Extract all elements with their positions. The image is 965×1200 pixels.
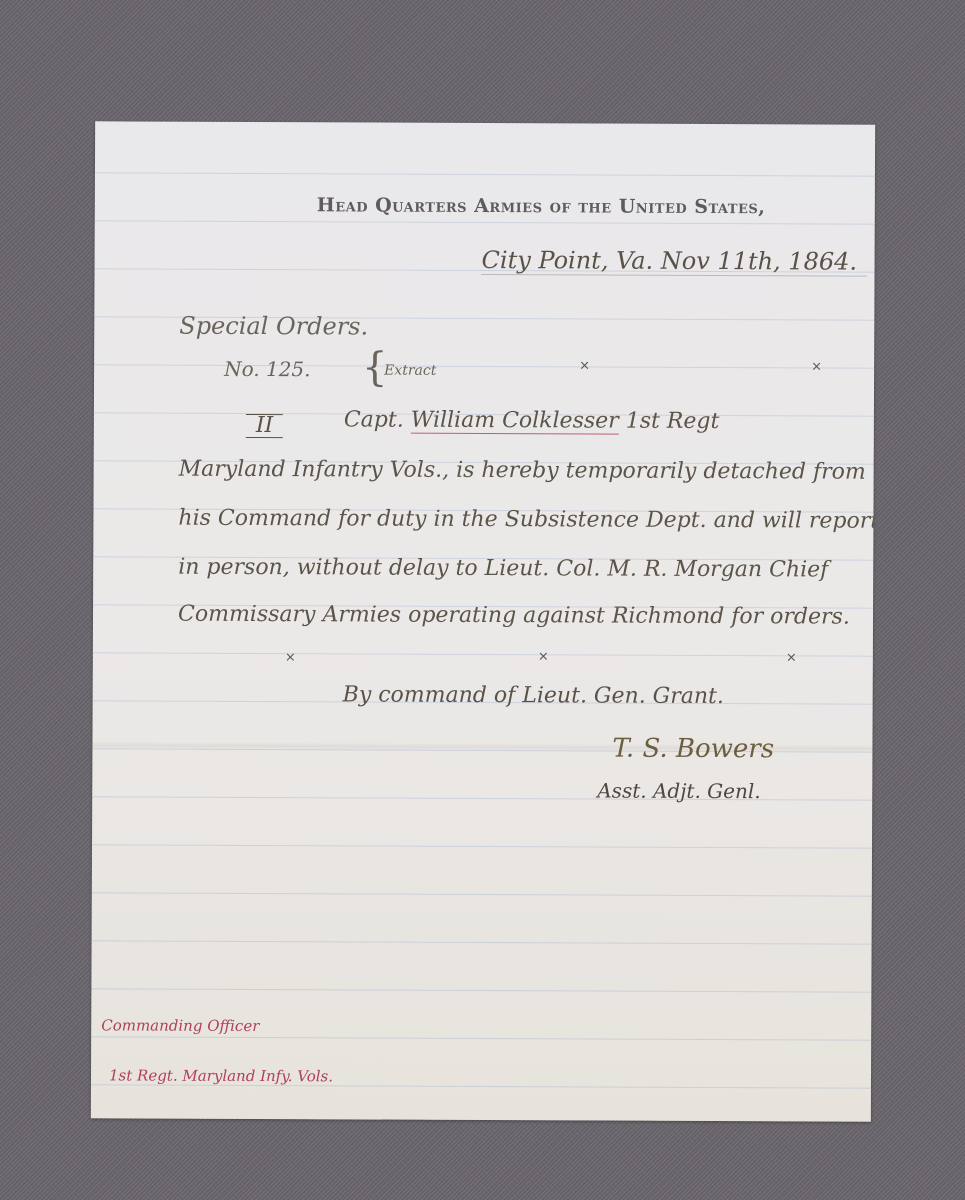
regiment-suffix: 1st Regt	[626, 409, 720, 434]
order-line-3: his Command for duty in the Subsistence …	[178, 506, 875, 534]
signature: T. S. Bowers	[612, 734, 774, 765]
signature-title: Asst. Adjt. Genl.	[597, 779, 760, 804]
x-mark: ×	[786, 650, 797, 665]
rank-prefix: Capt.	[344, 407, 404, 432]
section-number: II	[246, 414, 283, 438]
order-line-1: Capt. William Colklesser 1st Regt	[344, 407, 720, 434]
letterhead: Head Quarters Armies of the United State…	[317, 194, 766, 218]
red-annotation-line-1: Commanding Officer	[101, 1016, 259, 1035]
officer-name: William Colklesser	[411, 408, 619, 435]
command-line: By command of Lieut. Gen. Grant.	[343, 682, 724, 709]
dateline: City Point, Va. Nov 11th, 1864.	[482, 246, 868, 277]
order-line-2: Maryland Infantry Vols., is hereby tempo…	[179, 457, 866, 485]
x-mark: ×	[538, 649, 549, 664]
extract-label: Extract	[384, 363, 436, 379]
x-mark: ×	[285, 650, 296, 665]
red-annotation-line-2: 1st Regt. Maryland Infy. Vols.	[109, 1066, 333, 1085]
special-orders-number: No. 125.	[224, 357, 311, 381]
document-page: Head Quarters Armies of the United State…	[91, 121, 875, 1121]
x-mark: ×	[579, 358, 590, 373]
x-mark: ×	[811, 359, 822, 374]
order-line-5: Commissary Armies operating against Rich…	[178, 602, 850, 630]
order-line-4: in person, without delay to Lieut. Col. …	[178, 555, 828, 583]
special-orders-title: Special Orders.	[179, 312, 368, 341]
